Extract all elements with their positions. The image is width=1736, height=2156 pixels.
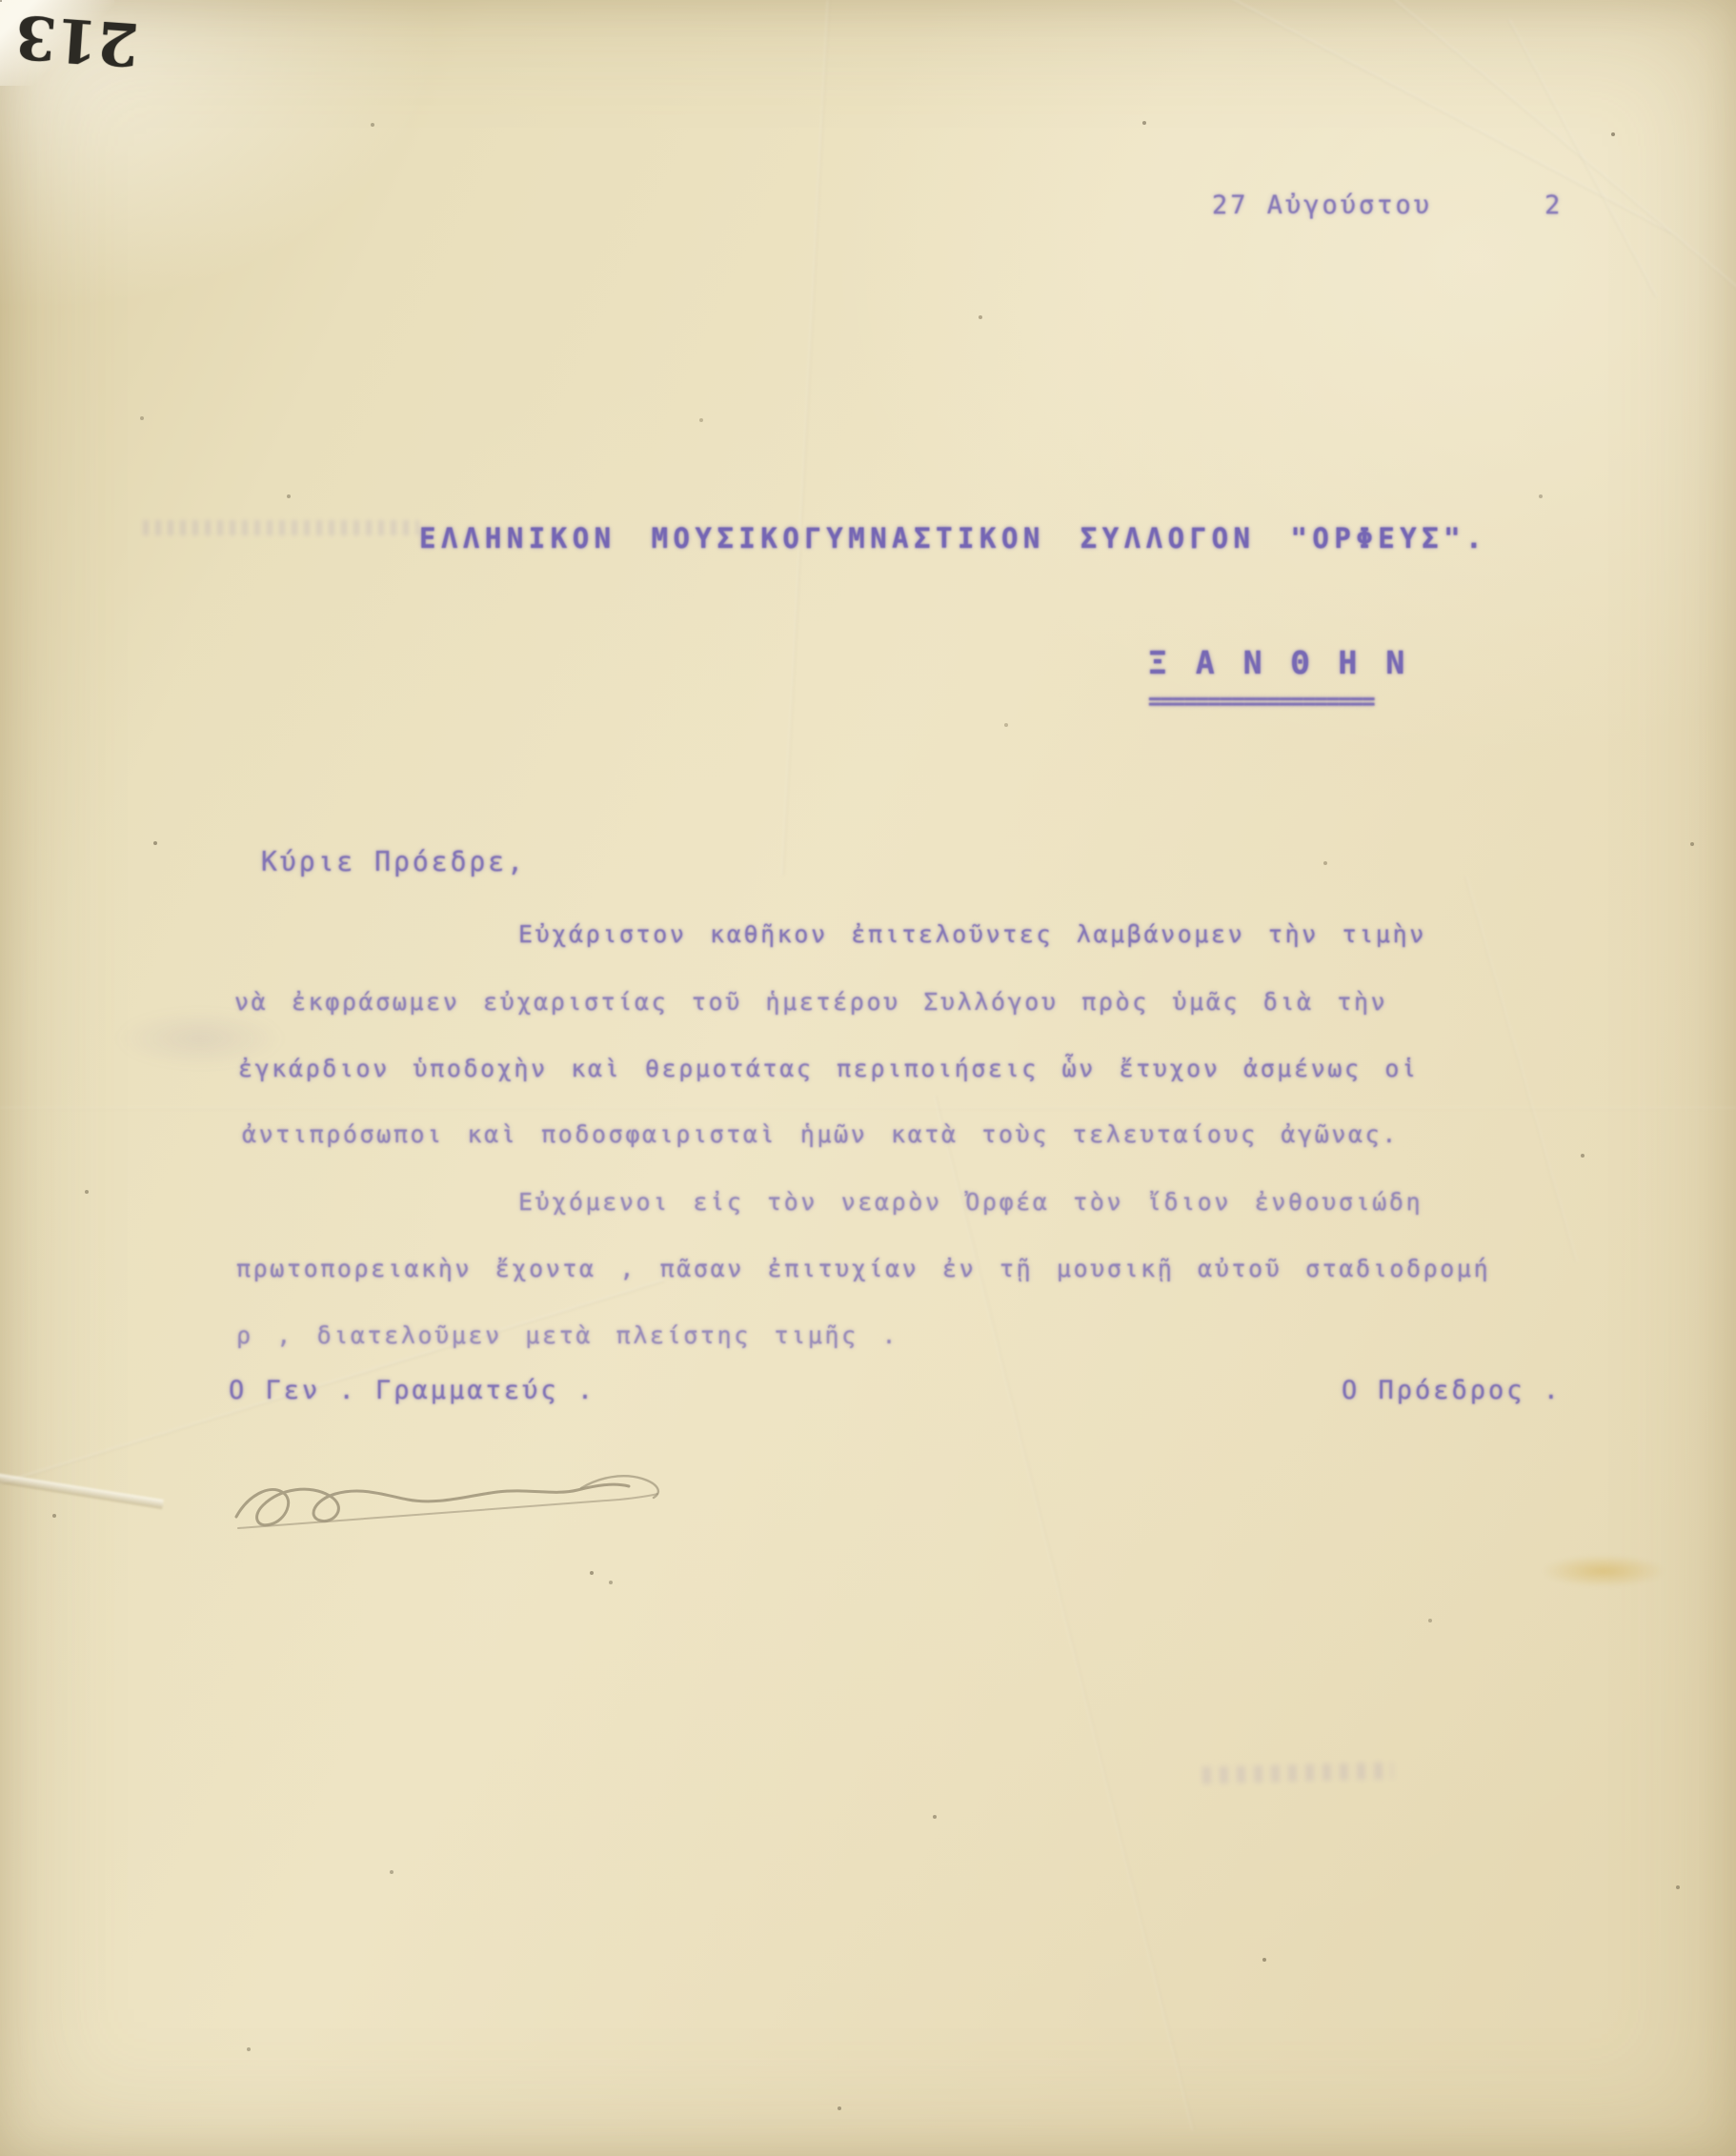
paper-crease	[1361, 0, 1736, 292]
body-line: πρωτοπορειακὴν ἔχοντα , πᾶσαν ἐπιτυχίαν …	[236, 1255, 1490, 1282]
salutation: Κύριε Πρόεδρε,	[261, 846, 526, 877]
letter-page: 213 27 Αὐγούστου2 ΕΛΛΗΝΙΚΟΝ ΜΟΥΣΙΚΟΓΥΜΝΑ…	[0, 0, 1736, 2156]
closing-secretary-title: Ο Γεν . Γραμματεύς .	[229, 1376, 595, 1405]
body-line: ρ , διατελοῦμεν μετὰ πλείστης τιμῆς .	[236, 1321, 898, 1349]
date-day-month: 27 Αὐγούστου	[1212, 191, 1432, 220]
signature	[219, 1429, 715, 1562]
organization-name: ΕΛΛΗΝΙΚΟΝ ΜΟΥΣΙΚΟΓΥΜΝΑΣΤΙΚΟΝ ΣΥΛΛΟΓΟΝ "Ο…	[419, 522, 1487, 554]
paper-specks	[0, 0, 2, 2]
page-number-stamp: 213	[13, 2, 141, 80]
yellow-stain	[1542, 1555, 1665, 1587]
ink-smudge	[143, 520, 419, 535]
body-line: Εὐχάριστον καθῆκον ἐπιτελοῦντες λαμβάνομ…	[518, 920, 1426, 948]
paper-crease	[781, 0, 830, 876]
date-line: 27 Αὐγούστου2	[1212, 191, 1563, 220]
paper-crease	[934, 1095, 1195, 2130]
body-line: Εὐχόμενοι εἰς τὸν νεαρὸν Ὀρφέα τὸν ἴδιον…	[518, 1188, 1423, 1216]
place-underline: ===================	[1148, 688, 1374, 715]
date-year-fragment: 2	[1544, 191, 1563, 220]
paper-crease	[1464, 877, 1578, 1262]
paper-fold	[0, 1473, 164, 1509]
body-line: ἀντιπρόσωποι καὶ ποδοσφαιρισταὶ ἡμῶν κατ…	[242, 1120, 1399, 1148]
body-line: ἐγκάρδιον ὑποδοχὴν καὶ θερμοτάτας περιπο…	[238, 1055, 1419, 1082]
body-line: νὰ ἐκφράσωμεν εὐχαριστίας τοῦ ἡμετέρου Σ…	[234, 988, 1387, 1016]
place-name: ΞΑΝΘΗΝ	[1148, 644, 1433, 681]
paper-crease	[0, 1107, 1736, 1110]
faded-stamp-ghost	[1202, 1762, 1393, 1783]
closing-president-title: Ο Πρόεδρος .	[1342, 1376, 1562, 1405]
